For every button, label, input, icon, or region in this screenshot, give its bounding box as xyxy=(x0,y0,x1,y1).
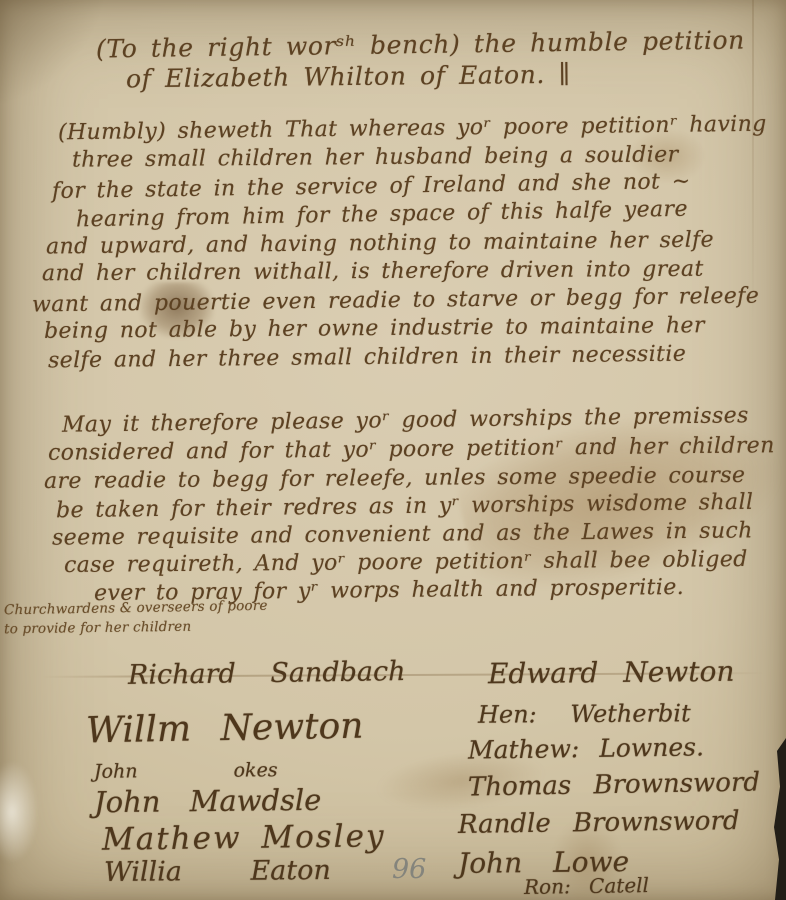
marginal-note-line-2: to provide for her children xyxy=(4,619,192,638)
signature-mathew-mosley: Mathew Mosley xyxy=(102,818,386,857)
signature-mathew-lownes: Mathew: Lownes. xyxy=(468,732,704,764)
body-paragraph2-line: May it therefore please yoʳ good worship… xyxy=(62,403,749,438)
body-paragraph2-line: seeme requisite and convenient and as th… xyxy=(52,518,753,550)
body-paragraph2-line: considered and for that yoʳ poore petiti… xyxy=(48,433,775,466)
vertical-crease-right xyxy=(752,0,754,320)
body-paragraph2-line: are readie to begg for releefe, unles so… xyxy=(44,463,746,494)
body-paragraph1-line: selfe and her three small children in th… xyxy=(48,342,686,374)
body-paragraph1-line: three small children her husband being a… xyxy=(72,142,679,172)
pencil-folio-number: 96 xyxy=(392,854,426,885)
signature-john-mawdsle: John Mawdsle xyxy=(94,783,322,819)
petition-heading-line-1: (To the right worˢʰ bench) the humble pe… xyxy=(96,25,745,63)
signature-hen-wetherbit: Hen: Wetherbit xyxy=(478,699,691,728)
petition-manuscript-page: (To the right worˢʰ bench) the humble pe… xyxy=(0,0,786,900)
corner-shadow-top-left xyxy=(0,0,110,110)
torn-right-edge-dark xyxy=(766,738,786,900)
signature-willia-eaton: Willia Eaton xyxy=(104,855,331,888)
marginal-note-line-1: Churchwardens & overseers of poore xyxy=(4,598,268,619)
body-paragraph1-line: want and pouertie even readie to starve … xyxy=(32,284,759,318)
body-paragraph1-line: and upward, and having nothing to mainta… xyxy=(46,228,714,260)
body-paragraph1-line: (Humbly) sheweth That whereas yoʳ poore … xyxy=(58,112,767,146)
signature-thomas-brownsword: Thomas Brownsword xyxy=(468,767,760,802)
signature-richard-sandbach: Richard Sandbach xyxy=(128,656,406,691)
body-paragraph2-line: case requireth, And yoʳ poore petitionʳ … xyxy=(64,547,748,578)
signature-willm-newton: Willm Newton xyxy=(86,706,364,752)
signature-john-okes: John okes xyxy=(94,759,278,783)
body-paragraph1-line: being not able by her owne industrie to … xyxy=(44,313,705,344)
signature-edward-newton: Edward Newton xyxy=(488,655,735,691)
signature-ron-catell: Ron: Catell xyxy=(524,873,649,899)
body-paragraph1-line: and her children withall, is therefore d… xyxy=(42,257,704,287)
signature-randle-brownsword: Randle Brownsword xyxy=(458,806,740,840)
abrasion-left-edge xyxy=(0,762,38,862)
body-paragraph2-line: be taken for their redres as in yʳ worsh… xyxy=(56,490,754,524)
petition-heading-line-2: of Elizabeth Whilton of Eaton. ∥ xyxy=(126,60,571,94)
